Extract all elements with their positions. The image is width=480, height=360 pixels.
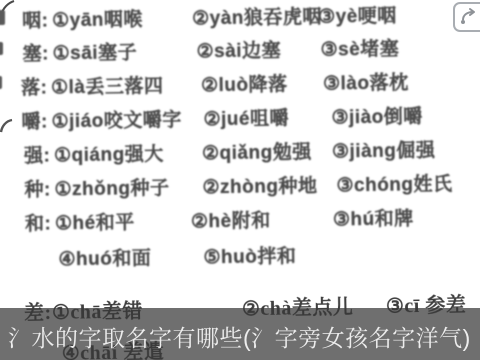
row-item: ②zhòng种地: [202, 171, 317, 200]
row-item: ①là丢三落四: [51, 71, 164, 100]
list-row: 落: ①là丢三落四 ②luò降落 ③lào落枕: [1, 66, 480, 99]
list-row: 强: ①qiáng强大 ②qiǎng勉强 ③jiàng倔强: [2, 134, 480, 167]
row-head: 嚼:: [21, 106, 48, 133]
edge-fragment: [0, 10, 5, 25]
polyphone-list-serif: 差: ①chā差错 ②chà差点儿 ③cī 参差 ④chāi 差遣: [0, 0, 480, 70]
article-image: 咽: ①yān咽喉 ②yàn狼吞虎咽 ③yè哽咽 塞: ①sāi塞子 ②sài边…: [0, 0, 480, 360]
list-row: 和: ①hé和平 ②hè附和 ③hú和牌: [3, 202, 480, 235]
caption-band: 氵水的字取名字有哪些(氵字旁女孩名字洋气): [0, 308, 480, 360]
row-item: ②qiǎng勉强: [202, 137, 312, 166]
row-item: ③chóng姓氏: [336, 169, 452, 198]
row-item: ②luò降落: [201, 69, 288, 97]
row-item: ③jiào倒嚼: [331, 101, 423, 129]
row-item: ②jué咀嚼: [203, 103, 289, 131]
page-title: 氵水的字取名字有哪些(氵字旁女孩名字洋气): [8, 320, 478, 353]
list-row: 种: ①zhǒng种子 ②zhòng种地 ③chóng姓氏: [2, 168, 480, 201]
row-item: ⑤huò拌和: [203, 241, 296, 269]
row-head: 和:: [25, 208, 52, 235]
list-row: 嚼: ①jiáo咬文嚼字 ②jué咀嚼 ③jiào倒嚼: [1, 100, 480, 133]
row-item: ③hú和牌: [333, 203, 414, 231]
row-item: ④huó和面: [58, 243, 151, 271]
row-head: 落:: [21, 72, 48, 99]
row-item: ③lào落枕: [323, 67, 409, 95]
row-head: 种:: [24, 174, 51, 201]
row-item: ①zhǒng种子: [54, 173, 169, 202]
edge-fragment: [0, 42, 3, 55]
row-item: ③jiàng倔强: [332, 135, 436, 163]
share-button[interactable]: [453, 2, 480, 32]
row-item: ①qiáng强大: [54, 139, 164, 168]
list-row: ④huó和面 ⑤huò拌和: [3, 238, 480, 271]
edge-fragment: [0, 76, 2, 89]
row-item: ①jiáo咬文嚼字: [51, 105, 182, 134]
row-item: ①hé和平: [55, 207, 135, 235]
page-curl-icon: [0, 118, 16, 139]
row-head: 强:: [24, 140, 51, 167]
row-item: ②hè附和: [191, 205, 271, 233]
